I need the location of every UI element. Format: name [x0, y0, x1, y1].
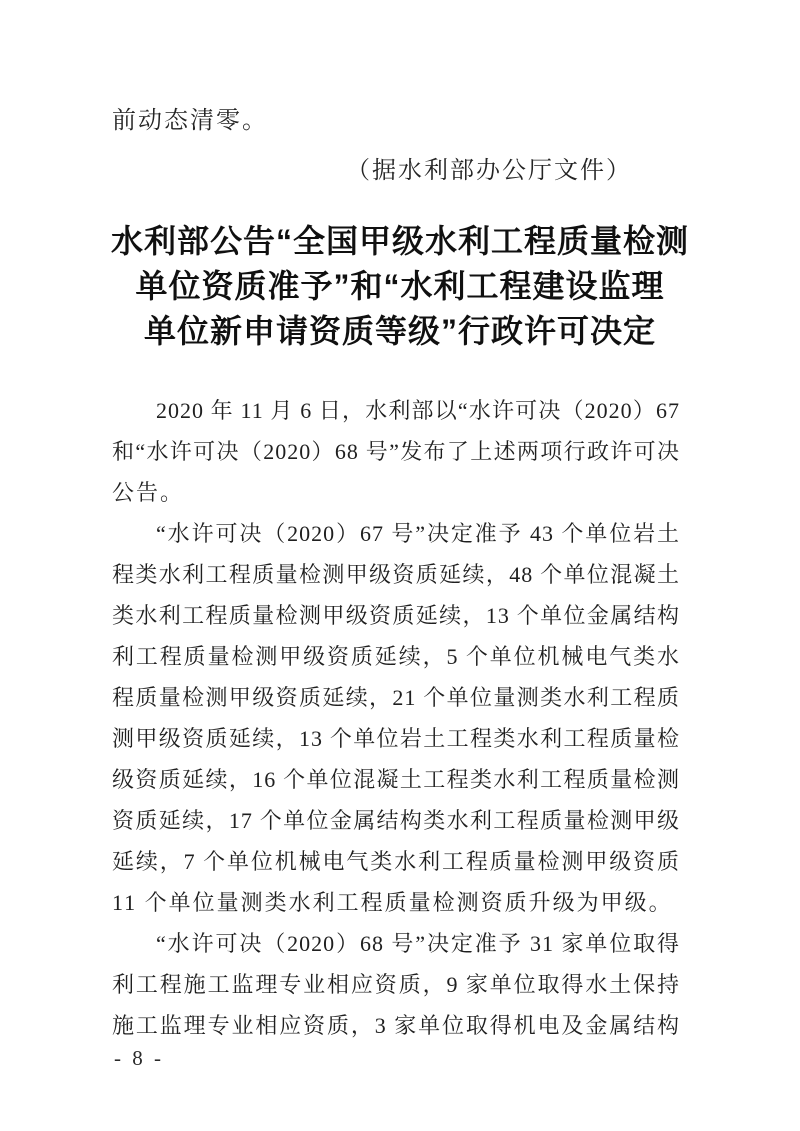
article-title-line-1: 水利部公告“全国甲级水利工程质量检测 — [60, 219, 740, 264]
intro-continuation-text: 前动态清零。 — [112, 100, 268, 135]
article-title-line-2: 单位资质准予”和“水利工程建设监理 — [60, 264, 740, 309]
body-line: 程质量检测甲级资质延续，21 个单位量测类水利工程质量检 — [112, 677, 680, 718]
body-line: 公告。 — [112, 472, 680, 513]
body-line: 程类水利工程质量检测甲级资质延续，48 个单位混凝土工程 — [112, 554, 680, 595]
body-line: 和“水许可决（2020）68 号”发布了上述两项行政许可决定 — [112, 431, 680, 472]
body-line: 测甲级资质延续，13 个单位岩土工程类水利工程质量检测甲 — [112, 718, 680, 759]
body-line: 资质延续，17 个单位金属结构类水利工程质量检测甲级资质 — [112, 800, 680, 841]
body-line: 11 个单位量测类水利工程质量检测资质升级为甲级。 — [112, 882, 680, 923]
body-line: 类水利工程质量检测甲级资质延续，13 个单位金属结构类水 — [112, 595, 680, 636]
article-body: 2020 年 11 月 6 日，水利部以“水许可决（2020）67 号”和“水许… — [112, 390, 680, 1046]
body-line: 2020 年 11 月 6 日，水利部以“水许可决（2020）67 号” — [112, 390, 680, 431]
document-page: 前动态清零。 （据水利部办公厅文件） 水利部公告“全国甲级水利工程质量检测 单位… — [0, 0, 800, 1131]
source-attribution-text: （据水利部办公厅文件） — [346, 150, 632, 185]
body-line: “水许可决（2020）67 号”决定准予 43 个单位岩土工 — [112, 513, 680, 554]
article-title: 水利部公告“全国甲级水利工程质量检测 单位资质准予”和“水利工程建设监理 单位新… — [60, 219, 740, 354]
body-line: 级资质延续，16 个单位混凝土工程类水利工程质量检测甲级 — [112, 759, 680, 800]
page-number: - 8 - — [114, 1046, 164, 1071]
body-line: 利工程质量检测甲级资质延续，5 个单位机械电气类水利工 — [112, 636, 680, 677]
body-line: 延续，7 个单位机械电气类水利工程质量检测甲级资质延续， — [112, 841, 680, 882]
article-title-line-3: 单位新申请资质等级”行政许可决定 — [60, 309, 740, 354]
body-line: 施工监理专业相应资质，3 家单位取得机电及金属结构设备 — [112, 1005, 680, 1046]
body-line: 利工程施工监理专业相应资质，9 家单位取得水土保持工程 — [112, 964, 680, 1005]
body-line: “水许可决（2020）68 号”决定准予 31 家单位取得水 — [112, 923, 680, 964]
